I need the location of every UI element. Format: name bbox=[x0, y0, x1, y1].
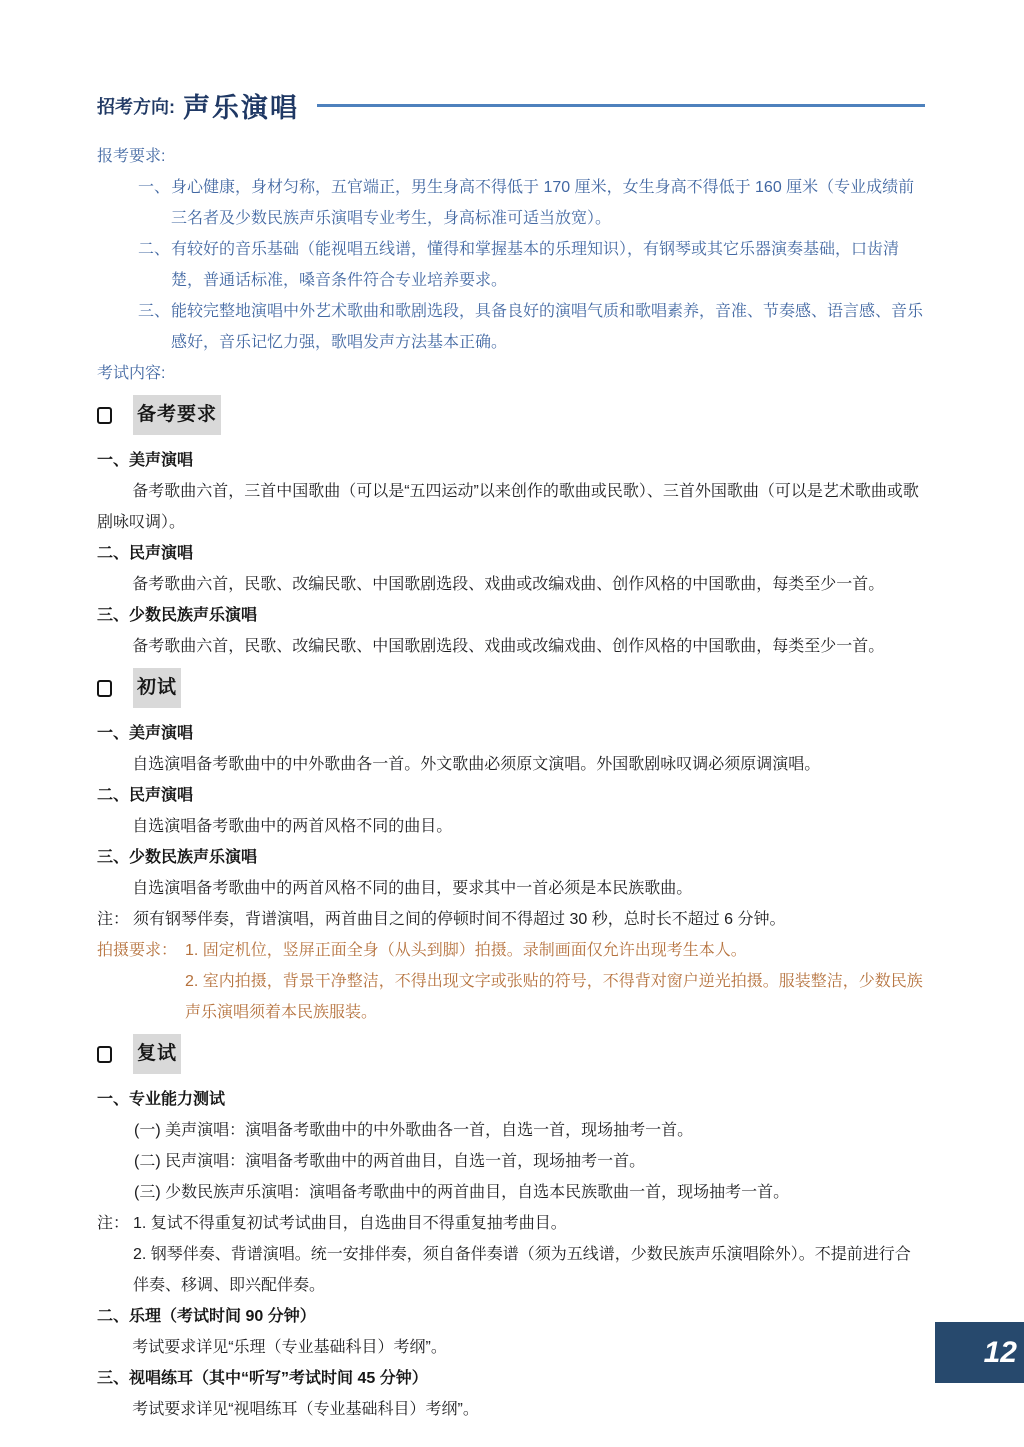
note-text: 须有钢琴伴奏，背谱演唱，两首曲目之间的停顿时间不得超过 30 秒，总时长不超过 … bbox=[133, 904, 925, 935]
paragraph: 考试要求详见“乐理（专业基础科目）考纲”。 bbox=[97, 1332, 925, 1363]
note-item: 1. 复试不得重复初试考试曲目，自选曲目不得重复抽考曲目。 bbox=[133, 1208, 925, 1239]
checkbox-icon bbox=[97, 407, 112, 424]
exam-content-label: 考试内容: bbox=[97, 358, 925, 389]
page-title: 声乐演唱 bbox=[183, 86, 299, 125]
paragraph: 自选演唱备考歌曲中的中外歌曲各一首。外文歌曲必须原文演唱。外国歌剧咏叹调必须原调… bbox=[97, 749, 925, 780]
paragraph: 备考歌曲六首，民歌、改编民歌、中国歌剧选段、戏曲或改编戏曲、创作风格的中国歌曲，… bbox=[97, 569, 925, 600]
item-text: 能较完整地演唱中外艺术歌曲和歌剧选段，具备良好的演唱气质和歌唱素养，音准、节奏感… bbox=[171, 296, 925, 358]
section-title: 复试 bbox=[133, 1034, 181, 1074]
paragraph: 自选演唱备考歌曲中的两首风格不同的曲目。 bbox=[97, 811, 925, 842]
sub-heading: 二、民声演唱 bbox=[97, 538, 925, 569]
checkbox-icon bbox=[97, 680, 112, 697]
page-header: 招考方向: 声乐演唱 bbox=[97, 86, 925, 125]
application-requirements: 报考要求: 一、 身心健康，身材匀称，五官端正，男生身高不得低于 170 厘米，… bbox=[97, 141, 925, 389]
section-title: 初试 bbox=[133, 668, 181, 708]
ability-item: (一) 美声演唱：演唱备考歌曲中的中外歌曲各一首，自选一首，现场抽考一首。 bbox=[134, 1115, 925, 1146]
checkbox-icon bbox=[97, 1046, 112, 1063]
note-items: 1. 复试不得重复初试考试曲目，自选曲目不得重复抽考曲目。 2. 钢琴伴奏、背谱… bbox=[133, 1208, 925, 1301]
sub-heading: 二、乐理（考试时间 90 分钟） bbox=[97, 1301, 925, 1332]
item-number: 一、 bbox=[138, 172, 171, 234]
sub-heading: 三、少数民族声乐演唱 bbox=[97, 842, 925, 873]
apply-item: 一、 身心健康，身材匀称，五官端正，男生身高不得低于 170 厘米，女生身高不得… bbox=[138, 172, 925, 234]
item-text: 身心健康，身材匀称，五官端正，男生身高不得低于 170 厘米，女生身高不得低于 … bbox=[171, 172, 925, 234]
item-number: 三、 bbox=[138, 296, 171, 358]
page-number: 12 bbox=[984, 1336, 1017, 1370]
sub-heading: 三、少数民族声乐演唱 bbox=[97, 600, 925, 631]
sub-heading: 一、美声演唱 bbox=[97, 445, 925, 476]
note-label: 注： bbox=[97, 1208, 133, 1301]
paragraph: 备考歌曲六首，三首中国歌曲（可以是“五四运动”以来创作的歌曲或民歌）、三首外国歌… bbox=[97, 476, 925, 538]
item-text: 有较好的音乐基础（能视唱五线谱，懂得和掌握基本的乐理知识），有钢琴或其它乐器演奏… bbox=[171, 234, 925, 296]
ability-item: (二) 民声演唱：演唱备考歌曲中的两首曲目，自选一首，现场抽考一首。 bbox=[134, 1146, 925, 1177]
sub-heading: 三、视唱练耳（其中“听写”考试时间 45 分钟） bbox=[97, 1363, 925, 1394]
apply-item: 三、 能较完整地演唱中外艺术歌曲和歌剧选段，具备良好的演唱气质和歌唱素养，音准、… bbox=[138, 296, 925, 358]
document-page: 招考方向: 声乐演唱 报考要求: 一、 身心健康，身材匀称，五官端正，男生身高不… bbox=[0, 0, 1024, 1447]
note-row: 注： 须有钢琴伴奏，背谱演唱，两首曲目之间的停顿时间不得超过 30 秒，总时长不… bbox=[97, 904, 925, 935]
apply-item: 二、 有较好的音乐基础（能视唱五线谱，懂得和掌握基本的乐理知识），有钢琴或其它乐… bbox=[138, 234, 925, 296]
shooting-item: 2. 室内拍摄，背景干净整洁，不得出现文字或张贴的符号，不得背对窗户逆光拍摄。服… bbox=[185, 966, 925, 1028]
shooting-requirements: 拍摄要求： 1. 固定机位，竖屏正面全身（从头到脚）拍摄。录制画面仅允许出现考生… bbox=[97, 935, 925, 1028]
ability-item: (三) 少数民族声乐演唱：演唱备考歌曲中的两首曲目，自选本民族歌曲一首，现场抽考… bbox=[134, 1177, 925, 1208]
note-row: 注： 1. 复试不得重复初试考试曲目，自选曲目不得重复抽考曲目。 2. 钢琴伴奏… bbox=[97, 1208, 925, 1301]
direction-label: 招考方向: bbox=[97, 93, 175, 119]
shooting-items: 1. 固定机位，竖屏正面全身（从头到脚）拍摄。录制画面仅允许出现考生本人。 2.… bbox=[185, 935, 925, 1028]
sub-heading: 一、专业能力测试 bbox=[97, 1084, 925, 1115]
shooting-item: 1. 固定机位，竖屏正面全身（从头到脚）拍摄。录制画面仅允许出现考生本人。 bbox=[185, 935, 925, 966]
paragraph: 备考歌曲六首，民歌、改编民歌、中国歌剧选段、戏曲或改编戏曲、创作风格的中国歌曲，… bbox=[97, 631, 925, 662]
sub-heading: 一、美声演唱 bbox=[97, 718, 925, 749]
header-rule bbox=[317, 104, 925, 107]
section-title: 备考要求 bbox=[133, 395, 221, 435]
note-label: 注： bbox=[97, 904, 133, 935]
note-item: 2. 钢琴伴奏、背谱演唱。统一安排伴奏，须自备伴奏谱（须为五线谱，少数民族声乐演… bbox=[133, 1239, 925, 1301]
sub-heading: 二、民声演唱 bbox=[97, 780, 925, 811]
paragraph: 考试要求详见“视唱练耳（专业基础科目）考纲”。 bbox=[97, 1394, 925, 1425]
item-number: 二、 bbox=[138, 234, 171, 296]
paragraph: 自选演唱备考歌曲中的两首风格不同的曲目，要求其中一首必须是本民族歌曲。 bbox=[97, 873, 925, 904]
page-number-badge: 12 bbox=[935, 1322, 1024, 1383]
shooting-label: 拍摄要求： bbox=[97, 935, 185, 1028]
section-header-second-round: 复试 bbox=[97, 1034, 925, 1074]
section-header-first-round: 初试 bbox=[97, 668, 925, 708]
section-header-prep: 备考要求 bbox=[97, 395, 925, 435]
apply-label: 报考要求: bbox=[97, 141, 925, 172]
